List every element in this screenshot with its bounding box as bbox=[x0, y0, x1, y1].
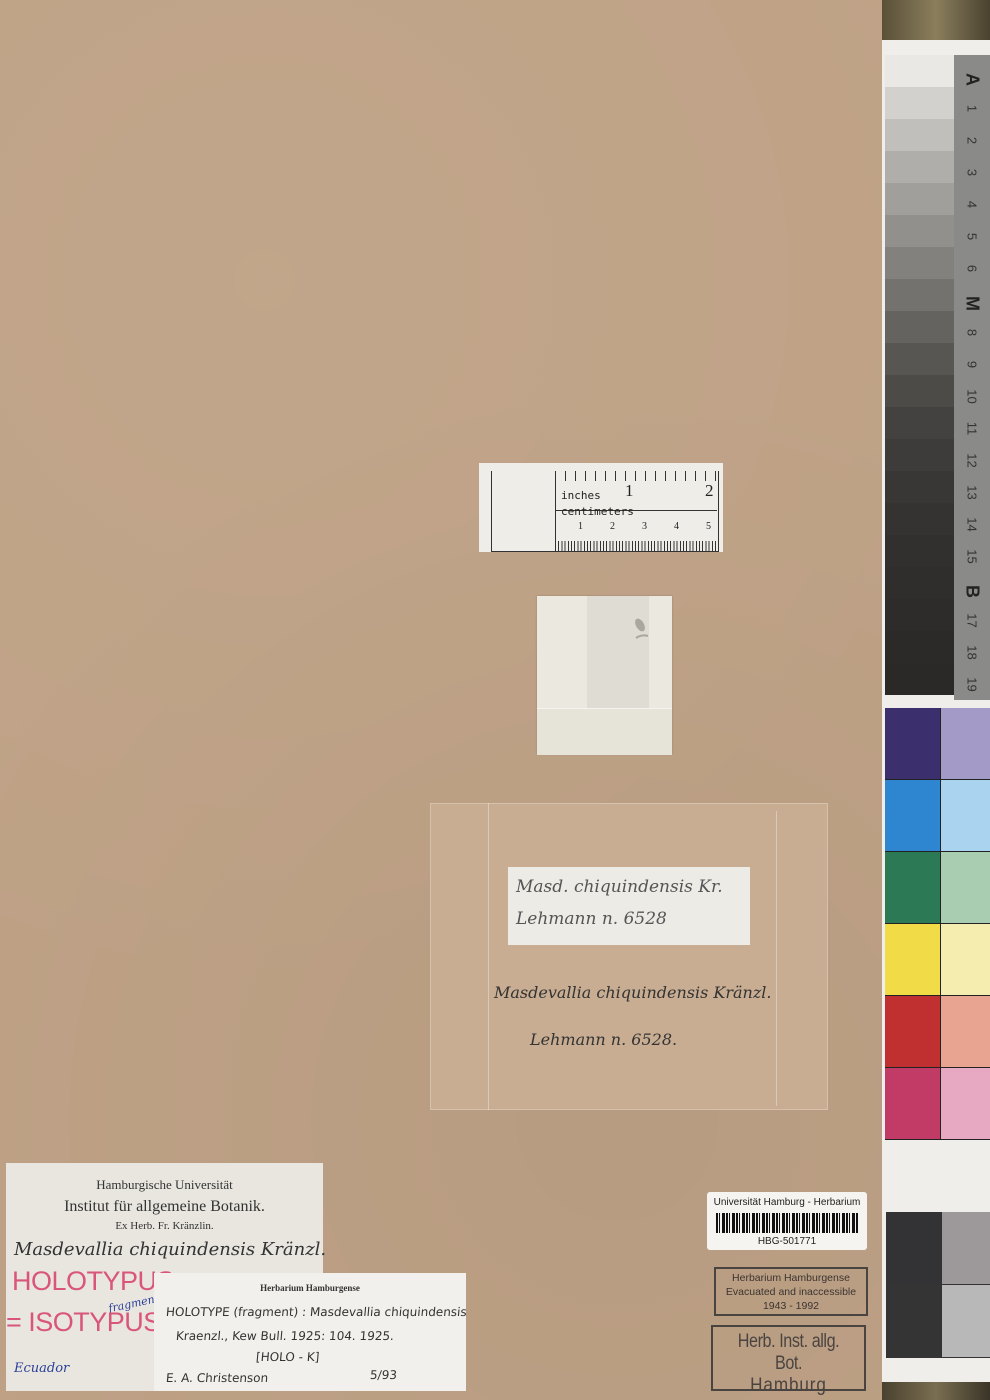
packet-fold bbox=[537, 708, 672, 755]
background-top bbox=[882, 0, 990, 40]
color-patch-row bbox=[885, 1068, 990, 1140]
background-bottom bbox=[882, 1382, 990, 1400]
species-handwritten: Masdevallia chiquindensis Kränzl. bbox=[14, 1239, 326, 1260]
institute-stamp-line2: Hamburg bbox=[721, 1375, 857, 1397]
gray-patch bbox=[885, 439, 955, 471]
evacuated-stamp: Herbarium Hamburgense Evacuated and inac… bbox=[714, 1267, 868, 1316]
institute-name: Institut für allgemeine Botanik. bbox=[6, 1198, 323, 1216]
envelope-flap-left bbox=[430, 803, 489, 1110]
inch-mark-1: 1 bbox=[625, 481, 634, 501]
gray-scale-labels: A123456M89101112131415B171819 bbox=[954, 55, 990, 700]
ex-herbarium: Ex Herb. Fr. Kränzlin. bbox=[6, 1220, 323, 1232]
collector-label-line2: Lehmann n. 6528 bbox=[516, 909, 667, 929]
determination-header: Herbarium Hamburgense bbox=[154, 1283, 466, 1293]
bw-patch bbox=[941, 1285, 990, 1357]
university-name: Hamburgische Universität bbox=[6, 1177, 323, 1193]
inches-label: inches bbox=[561, 489, 601, 502]
inch-mark-2: 2 bbox=[705, 481, 714, 501]
scale-label: 18 bbox=[965, 635, 980, 671]
color-patch-row bbox=[885, 780, 990, 852]
determiner-name: E. A. Christenson bbox=[165, 1371, 268, 1385]
determination-line3: [HOLO - K] bbox=[255, 1350, 320, 1364]
gray-patch bbox=[885, 535, 955, 567]
envelope-collector-number: Lehmann n. 6528. bbox=[530, 1030, 677, 1049]
inch-ticks bbox=[555, 471, 717, 481]
color-patch-row bbox=[885, 924, 990, 996]
color-patch bbox=[885, 780, 941, 851]
determination-label: Herbarium Hamburgense HOLOTYPE (fragment… bbox=[154, 1273, 466, 1391]
scale-label: 6 bbox=[965, 251, 980, 287]
scale-label: 8 bbox=[965, 315, 980, 351]
color-patch-row bbox=[885, 708, 990, 780]
collector-label-line1: Masd. chiquindensis Kr. bbox=[516, 877, 723, 897]
color-patch bbox=[941, 924, 990, 995]
gray-patch bbox=[885, 503, 955, 535]
evacuated-line2: Evacuated and inaccessible bbox=[716, 1285, 866, 1299]
gray-patch bbox=[885, 119, 955, 151]
evacuated-line1: Herbarium Hamburgense bbox=[716, 1271, 866, 1285]
envelope-flap-right bbox=[776, 811, 777, 1106]
color-patch bbox=[941, 708, 990, 779]
gray-patch bbox=[885, 183, 955, 215]
scale-label: 14 bbox=[965, 507, 980, 543]
specimen-envelope[interactable]: Masd. chiquindensis Kr. Lehmann n. 6528 … bbox=[430, 803, 828, 1110]
gray-patch bbox=[885, 407, 955, 439]
scale-label: 1 bbox=[965, 91, 980, 127]
institute-stamp: Herb. Inst. allg. Bot. Hamburg bbox=[711, 1325, 866, 1391]
gray-patch bbox=[885, 247, 955, 279]
black-white-patches bbox=[886, 1212, 990, 1358]
scale-ruler: inches centimeters 1 2 1 2 3 4 5 bbox=[479, 463, 723, 552]
scale-label: 12 bbox=[965, 443, 980, 479]
color-patch bbox=[885, 924, 941, 995]
gray-patch bbox=[885, 631, 955, 663]
color-patch bbox=[885, 852, 941, 923]
cm-mark-2: 2 bbox=[610, 521, 615, 532]
country-annotation: Ecuador bbox=[14, 1361, 69, 1376]
determination-date: 5/93 bbox=[369, 1368, 397, 1382]
scale-label: 11 bbox=[965, 411, 980, 447]
color-patch bbox=[941, 780, 990, 851]
cm-mark-4: 4 bbox=[674, 521, 679, 532]
cm-mark-5: 5 bbox=[706, 521, 711, 532]
fragment-packet[interactable] bbox=[537, 596, 672, 754]
color-patch bbox=[941, 852, 990, 923]
gray-patch bbox=[885, 279, 955, 311]
barcode-number: HBG-501771 bbox=[707, 1236, 867, 1247]
gray-patch bbox=[885, 599, 955, 631]
gray-patch bbox=[885, 375, 955, 407]
bw-patch bbox=[886, 1212, 941, 1284]
gray-patch bbox=[885, 55, 955, 87]
gray-patch bbox=[885, 471, 955, 503]
scale-label: 17 bbox=[965, 603, 980, 639]
color-patch bbox=[885, 1068, 941, 1139]
packet-shadow bbox=[587, 596, 649, 708]
scale-label: 5 bbox=[965, 219, 980, 255]
envelope-species-name: Masdevallia chiquindensis Kränzl. bbox=[494, 983, 771, 1002]
barcode-icon[interactable] bbox=[716, 1213, 858, 1233]
determination-line1: HOLOTYPE (fragment) : Masdevallia chiqui… bbox=[165, 1305, 467, 1319]
color-patches bbox=[885, 708, 990, 1140]
determination-line2: Kraenzl., Kew Bull. 1925: 104. 1925. bbox=[175, 1329, 394, 1343]
gray-patch bbox=[885, 151, 955, 183]
barcode-label: Universität Hamburg - Herbarium HBG-5017… bbox=[707, 1192, 867, 1250]
gray-patch bbox=[885, 567, 955, 599]
gray-patch bbox=[885, 311, 955, 343]
color-patch bbox=[941, 1068, 990, 1139]
scale-label: 19 bbox=[965, 667, 980, 703]
cm-ticks bbox=[555, 541, 717, 551]
gray-scale-column bbox=[885, 55, 955, 695]
color-patch bbox=[941, 996, 990, 1067]
scale-label: 10 bbox=[965, 379, 980, 415]
isotypus-stamp: = ISOTYPUS bbox=[6, 1307, 161, 1338]
color-patch-row bbox=[885, 996, 990, 1068]
scale-label: 13 bbox=[965, 475, 980, 511]
barcode-title: Universität Hamburg - Herbarium bbox=[707, 1197, 867, 1208]
gray-patch bbox=[885, 87, 955, 119]
scale-label: 3 bbox=[965, 155, 980, 191]
cm-mark-1: 1 bbox=[578, 521, 583, 532]
scale-label: 2 bbox=[965, 123, 980, 159]
color-patch-row bbox=[885, 852, 990, 924]
bw-patch-row bbox=[886, 1285, 990, 1358]
ruler-divider bbox=[555, 471, 556, 551]
gray-patch bbox=[885, 343, 955, 375]
cm-mark-3: 3 bbox=[642, 521, 647, 532]
color-patch bbox=[885, 996, 941, 1067]
evacuated-line3: 1943 - 1992 bbox=[716, 1299, 866, 1313]
gray-patch bbox=[885, 215, 955, 247]
scale-label: 4 bbox=[965, 187, 980, 223]
scale-label: 15 bbox=[965, 539, 980, 575]
plant-fragment-icon bbox=[632, 616, 652, 646]
original-collector-label: Masd. chiquindensis Kr. Lehmann n. 6528 bbox=[508, 867, 750, 945]
bw-patch bbox=[941, 1212, 990, 1284]
gray-patch bbox=[885, 663, 955, 695]
centimeters-label: centimeters bbox=[561, 505, 634, 518]
scale-label: 9 bbox=[965, 347, 980, 383]
bw-patch-row bbox=[886, 1212, 990, 1285]
institute-stamp-line1: Herb. Inst. allg. Bot. bbox=[724, 1331, 852, 1375]
color-patch bbox=[885, 708, 941, 779]
bw-patch bbox=[886, 1285, 941, 1357]
